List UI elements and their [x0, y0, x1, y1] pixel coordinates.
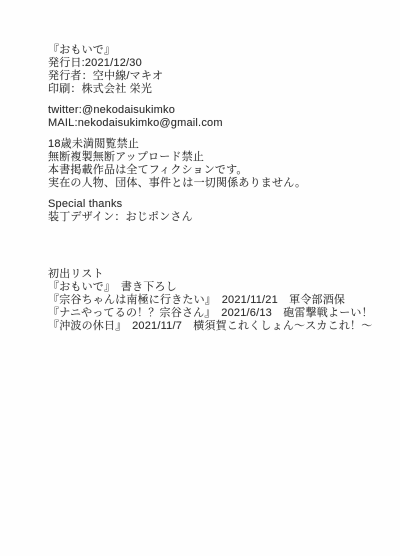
printer: 印刷：株式会社 栄光 — [48, 83, 384, 96]
first-publication-entry: 『宗谷ちゃんは南極に行きたい』 2021/11/21 軍令部酒保 — [48, 294, 384, 307]
notice-age-restriction: 18歳未満閲覧禁止 — [48, 138, 384, 151]
contact-info: twitter:@nekodaisukimko MAIL:nekodaisuki… — [48, 104, 384, 130]
notice-no-reproduction: 無断複製無断アップロード禁止 — [48, 151, 384, 164]
special-thanks-label: Special thanks — [48, 198, 384, 211]
notice-no-relation-disclaimer: 実在の人物、団体、事件とは一切関係ありません。 — [48, 177, 384, 190]
first-publication-entry: 『ナニやってるの！？宗谷さん』 2021/6/13 砲雷撃戦よーい！ — [48, 307, 384, 320]
publish-date: 発行日:2021/12/30 — [48, 57, 384, 70]
design-credit: 装丁デザイン：おじポンさん — [48, 211, 384, 224]
credits: Special thanks 装丁デザイン：おじポンさん — [48, 198, 384, 224]
first-publication-entry: 『沖波の休日』 2021/11/7 横須賀これくしょん〜スカこれ！〜 — [48, 320, 384, 333]
first-publication-list: 初出リスト 『おもいで』 書き下ろし 『宗谷ちゃんは南極に行きたい』 2021/… — [48, 268, 384, 333]
email-address: MAIL:nekodaisukimko@gmail.com — [48, 117, 384, 130]
first-publication-entry: 『おもいで』 書き下ろし — [48, 281, 384, 294]
legal-notices: 18歳未満閲覧禁止 無断複製無断アップロード禁止 本書掲載作品は全てフィクション… — [48, 138, 384, 190]
colophon-content: 『おもいで』 発行日:2021/12/30 発行者：空中線/マキオ 印刷：株式会… — [48, 44, 384, 341]
publication-info: 『おもいで』 発行日:2021/12/30 発行者：空中線/マキオ 印刷：株式会… — [48, 44, 384, 96]
colophon-page: 『おもいで』 発行日:2021/12/30 発行者：空中線/マキオ 印刷：株式会… — [0, 0, 400, 556]
notice-fiction-disclaimer: 本書掲載作品は全てフィクションです。 — [48, 164, 384, 177]
publisher: 発行者：空中線/マキオ — [48, 70, 384, 83]
book-title: 『おもいで』 — [48, 44, 384, 57]
twitter-handle: twitter:@nekodaisukimko — [48, 104, 384, 117]
first-publication-heading: 初出リスト — [48, 268, 384, 281]
